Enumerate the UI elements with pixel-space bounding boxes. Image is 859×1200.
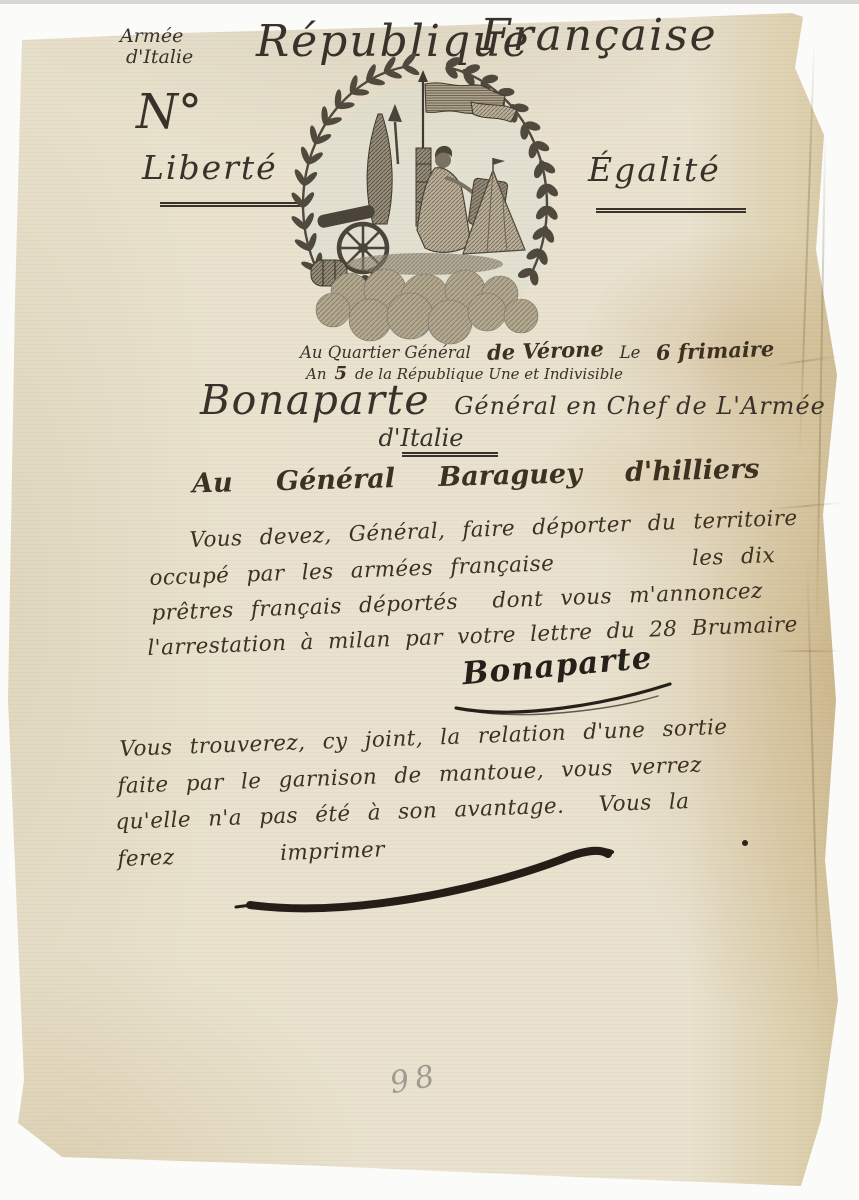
army-corps-stamp: Armée d'Italie	[120, 26, 193, 68]
pole-spearhead	[418, 70, 428, 82]
ink-flourish	[230, 828, 650, 923]
army-corps-line1: Armée	[120, 26, 193, 47]
numero-label: N°	[136, 84, 202, 140]
ink-dot	[742, 840, 748, 846]
handwritten-place: de Vérone	[486, 336, 604, 365]
egalite-underline	[596, 208, 746, 213]
quartier-general-label: Au Quartier Général	[300, 343, 471, 362]
letterhead: Bonaparte Général en Chef de L'Armée	[200, 376, 826, 424]
letterhead-title-line2: d'Italie	[356, 424, 486, 452]
signature-flourish	[448, 646, 688, 720]
letterhead-name: Bonaparte	[200, 376, 430, 424]
scanned-letter-page: { "colors":{ "bg":"#fbfbf9", "paper":"#e…	[0, 0, 859, 1200]
egalite-label: Égalité	[588, 150, 721, 189]
ground	[347, 253, 503, 275]
dateline: Au Quartier Général de Vérone Le 6 frima…	[300, 338, 775, 363]
liberte-label: Liberté	[142, 148, 278, 187]
signature-block: Bonaparte	[448, 646, 688, 720]
le-label: Le	[620, 343, 641, 362]
ditalie-underline	[402, 452, 498, 457]
letterhead-title: Général en Chef de L'Armée	[454, 392, 826, 420]
handwritten-date: 6 frimaire	[656, 336, 775, 365]
army-corps-line2: d'Italie	[120, 47, 193, 68]
republic-allegory-engraving	[275, 52, 580, 352]
